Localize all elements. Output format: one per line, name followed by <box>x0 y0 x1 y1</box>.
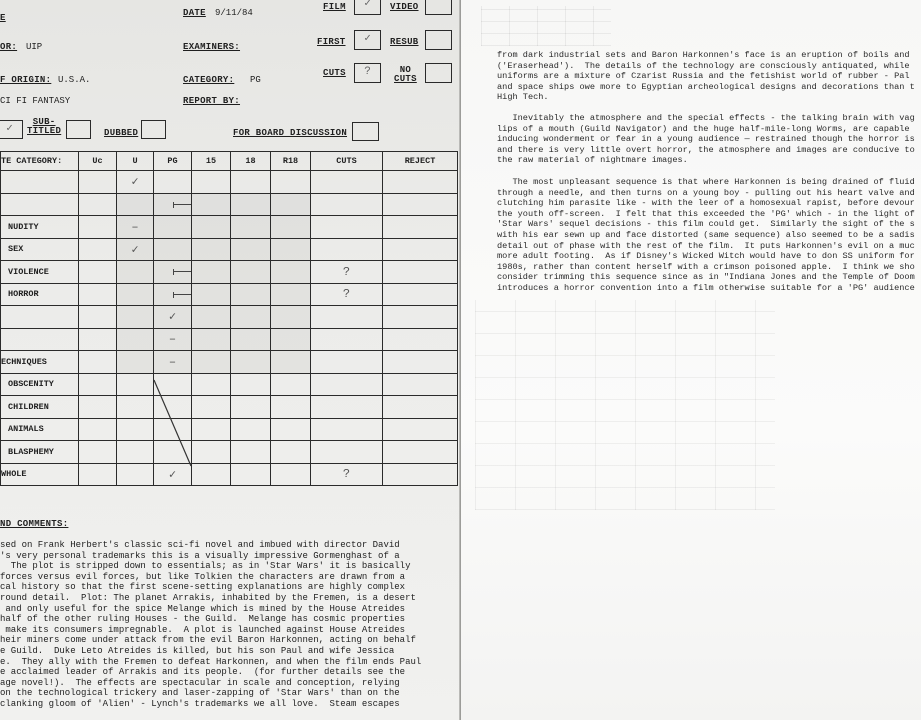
comments-continuation-page: from dark industrial sets and Baron Hark… <box>461 0 921 720</box>
grid-cell[interactable] <box>383 193 458 216</box>
grid-cell[interactable] <box>383 283 458 306</box>
cuts-checkbox[interactable]: ? <box>354 63 381 83</box>
grid-cell[interactable] <box>192 283 231 306</box>
grid-cell[interactable] <box>271 373 311 396</box>
grid-row <box>1 193 458 216</box>
grid-cell[interactable] <box>311 193 383 216</box>
grid-cell[interactable] <box>311 351 383 374</box>
comments-heading: ND COMMENTS: <box>0 519 68 529</box>
grid-cell[interactable] <box>231 306 271 329</box>
grid-cell[interactable] <box>154 261 192 284</box>
grid-cell[interactable]: ✓ <box>154 463 192 486</box>
column-header-u: U <box>117 152 154 171</box>
row-label: NUDITY <box>1 216 79 239</box>
comments-body-left: sed on Frank Herbert's classic sci-fi no… <box>0 540 421 710</box>
grid-cell[interactable] <box>271 463 311 486</box>
no-cuts-label: NO CUTS <box>394 66 417 84</box>
grid-cell[interactable]: – <box>154 328 192 351</box>
video-label: VIDEO <box>390 2 419 12</box>
grid-row: ANIMALS <box>1 418 458 441</box>
column-header-reject: REJECT <box>383 152 458 171</box>
grid-row: OBSCENITY <box>1 373 458 396</box>
dash-mark: – <box>131 220 138 234</box>
subtitled-label: SUB- TITLED <box>27 118 61 136</box>
grid-cell[interactable] <box>231 328 271 351</box>
grid-cell[interactable] <box>311 418 383 441</box>
grid-cell[interactable] <box>383 261 458 284</box>
date-label: DATE <box>183 8 206 18</box>
grid-cell[interactable] <box>311 238 383 261</box>
video-checkbox[interactable] <box>425 0 452 15</box>
category-label: CATEGORY: <box>183 75 234 85</box>
grid-cell[interactable] <box>311 441 383 464</box>
grid-cell[interactable]: ✓ <box>117 171 154 194</box>
grid-cell[interactable] <box>383 216 458 239</box>
subtitled-label-bottom: TITLED <box>27 127 61 136</box>
grid-row: WHOLE✓? <box>1 463 458 486</box>
grid-cell[interactable] <box>192 306 231 329</box>
grid-cell[interactable] <box>271 193 311 216</box>
grid-row: SEX✓ <box>1 238 458 261</box>
grid-cell[interactable]: – <box>154 351 192 374</box>
grid-cell[interactable] <box>192 441 231 464</box>
grid-cell[interactable] <box>231 373 271 396</box>
grid-cell[interactable] <box>271 216 311 239</box>
grid-cell[interactable] <box>231 193 271 216</box>
question-mark: ? <box>343 265 350 279</box>
column-header-15: 15 <box>192 152 231 171</box>
grid-row: ✓ <box>1 306 458 329</box>
grid-cell[interactable] <box>231 238 271 261</box>
column-header-18: 18 <box>231 152 271 171</box>
grid-cell[interactable] <box>192 193 231 216</box>
row-label <box>1 306 79 329</box>
country-origin-value: U.S.A. <box>58 75 90 85</box>
check-mark-icon: ✓ <box>131 175 138 189</box>
grid-cell[interactable] <box>117 396 154 419</box>
grid-cell[interactable] <box>311 328 383 351</box>
grid-row: NUDITY– <box>1 216 458 239</box>
show-through-grid <box>475 300 775 510</box>
comments-paragraph-1: from dark industrial sets and Baron Hark… <box>497 50 915 103</box>
grid-cell[interactable] <box>311 373 383 396</box>
rating-grid: TE CATEGORY:UcUPG1518R18CUTSREJECT ✓NUDI… <box>0 151 458 486</box>
row-label <box>1 171 79 194</box>
grid-cell[interactable] <box>231 283 271 306</box>
grid-cell[interactable] <box>311 306 383 329</box>
grid-cell[interactable] <box>192 171 231 194</box>
grid-cell[interactable] <box>192 238 231 261</box>
examiners-label: EXAMINERS: <box>183 42 240 52</box>
grid-cell[interactable] <box>271 238 311 261</box>
grid-cell[interactable] <box>231 261 271 284</box>
grid-cell[interactable] <box>271 261 311 284</box>
grid-cell[interactable] <box>383 351 458 374</box>
column-header-r18: R18 <box>271 152 311 171</box>
first-label: FIRST <box>317 37 346 47</box>
grid-row: BLASPHEMY <box>1 441 458 464</box>
first-checkbox[interactable]: ✓ <box>354 30 381 50</box>
grid-cell[interactable] <box>271 171 311 194</box>
grid-row: ECHNIQUES– <box>1 351 458 374</box>
grid-cell[interactable] <box>192 351 231 374</box>
grid-cell[interactable] <box>271 418 311 441</box>
row-label <box>1 328 79 351</box>
grid-cell[interactable] <box>154 396 192 419</box>
grid-cell[interactable] <box>383 373 458 396</box>
grid-cell[interactable] <box>117 441 154 464</box>
row-label: ECHNIQUES <box>1 351 79 374</box>
grid-row: VIOLENCE? <box>1 261 458 284</box>
rating-table: TE CATEGORY:UcUPG1518R18CUTSREJECT ✓NUDI… <box>0 151 458 486</box>
range-mark <box>173 294 192 295</box>
resub-checkbox[interactable] <box>425 30 452 50</box>
question-mark: ? <box>343 287 350 301</box>
grid-cell[interactable] <box>383 238 458 261</box>
grid-cell[interactable] <box>383 418 458 441</box>
grid-cell[interactable]: – <box>117 216 154 239</box>
grid-cell[interactable]: ? <box>311 283 383 306</box>
film-checkbox[interactable]: ✓ <box>354 0 381 15</box>
grid-cell[interactable] <box>271 283 311 306</box>
language-checkbox[interactable]: ✓ <box>0 120 23 139</box>
grid-cell[interactable] <box>79 238 117 261</box>
grid-cell[interactable] <box>154 283 192 306</box>
board-discussion-checkbox[interactable] <box>352 122 379 141</box>
grid-cell[interactable] <box>79 283 117 306</box>
row-label: VIOLENCE <box>1 261 79 284</box>
grid-cell[interactable] <box>79 441 117 464</box>
grid-cell[interactable] <box>79 261 117 284</box>
grid-cell[interactable] <box>79 418 117 441</box>
grid-row: – <box>1 328 458 351</box>
grid-cell[interactable] <box>79 306 117 329</box>
row-label: OBSCENITY <box>1 373 79 396</box>
grid-cell[interactable] <box>383 328 458 351</box>
grid-cell[interactable] <box>117 261 154 284</box>
grid-cell[interactable]: ? <box>311 463 383 486</box>
grid-cell[interactable] <box>79 328 117 351</box>
grid-cell[interactable] <box>271 396 311 419</box>
column-header-uc: Uc <box>79 152 117 171</box>
grid-cell[interactable] <box>192 261 231 284</box>
grid-cell[interactable] <box>154 441 192 464</box>
grid-cell[interactable] <box>79 193 117 216</box>
row-label: HORROR <box>1 283 79 306</box>
grid-cell[interactable] <box>231 463 271 486</box>
grid-cell[interactable]: ✓ <box>117 238 154 261</box>
grid-cell[interactable]: ? <box>311 261 383 284</box>
grid-cell[interactable] <box>231 171 271 194</box>
column-header-category: TE CATEGORY: <box>1 152 79 171</box>
grid-cell[interactable] <box>383 463 458 486</box>
grid-cell[interactable] <box>154 216 192 239</box>
dash-mark: – <box>169 355 176 369</box>
grid-cell[interactable] <box>117 351 154 374</box>
subtitled-checkbox[interactable] <box>66 120 91 139</box>
grid-cell[interactable] <box>192 396 231 419</box>
grid-cell[interactable] <box>79 171 117 194</box>
grid-cell[interactable] <box>231 216 271 239</box>
check-mark-icon: ✓ <box>169 310 176 324</box>
question-mark: ? <box>343 467 350 481</box>
grid-cell[interactable]: ✓ <box>154 306 192 329</box>
grid-header-row: TE CATEGORY:UcUPG1518R18CUTSREJECT <box>1 152 458 171</box>
grid-cell[interactable] <box>231 396 271 419</box>
grid-cell[interactable] <box>79 216 117 239</box>
grid-cell[interactable] <box>311 171 383 194</box>
grid-cell[interactable] <box>271 328 311 351</box>
dash-mark: – <box>169 332 176 346</box>
row-label: SEX <box>1 238 79 261</box>
grid-cell[interactable] <box>117 418 154 441</box>
date-value: 9/11/84 <box>215 8 253 18</box>
board-discussion-label: FOR BOARD DISCUSSION <box>233 128 347 138</box>
column-header-pg: PG <box>154 152 192 171</box>
grid-cell[interactable] <box>383 306 458 329</box>
row-label <box>1 193 79 216</box>
grid-cell[interactable] <box>383 441 458 464</box>
grid-cell[interactable] <box>271 306 311 329</box>
no-cuts-label-bottom: CUTS <box>394 75 417 84</box>
no-cuts-checkbox[interactable] <box>425 63 452 83</box>
report-by-label: REPORT BY: <box>183 96 240 106</box>
grid-cell[interactable] <box>192 418 231 441</box>
grid-cell[interactable] <box>192 328 231 351</box>
cuts-label: CUTS <box>323 68 346 78</box>
grid-cell[interactable] <box>271 351 311 374</box>
grid-cell[interactable] <box>117 373 154 396</box>
grid-cell[interactable] <box>231 441 271 464</box>
title-label-fragment: E <box>0 13 6 23</box>
grid-cell[interactable] <box>192 463 231 486</box>
range-mark <box>173 271 192 272</box>
grid-cell[interactable] <box>311 396 383 419</box>
check-mark-icon: ✓ <box>131 243 138 257</box>
column-header-cuts: CUTS <box>311 152 383 171</box>
grid-cell[interactable] <box>383 396 458 419</box>
genre-value: CI FI FANTASY <box>0 96 70 106</box>
grid-cell[interactable] <box>192 373 231 396</box>
grid-cell[interactable] <box>154 418 192 441</box>
grid-cell[interactable] <box>79 373 117 396</box>
dubbed-checkbox[interactable] <box>141 120 166 139</box>
row-label: CHILDREN <box>1 396 79 419</box>
grid-cell[interactable] <box>117 306 154 329</box>
grid-cell[interactable] <box>231 351 271 374</box>
check-mark-icon: ✓ <box>169 468 176 482</box>
grid-cell[interactable] <box>383 171 458 194</box>
grid-cell[interactable] <box>154 171 192 194</box>
grid-cell[interactable] <box>231 418 271 441</box>
grid-cell[interactable] <box>79 351 117 374</box>
grid-cell[interactable] <box>79 396 117 419</box>
range-mark <box>173 204 192 205</box>
grid-cell[interactable] <box>192 216 231 239</box>
country-origin-label: F ORIGIN: <box>0 75 51 85</box>
grid-cell[interactable] <box>117 283 154 306</box>
grid-cell[interactable] <box>117 193 154 216</box>
film-label: FILM <box>323 2 346 12</box>
comments-paragraph-3: The most unpleasant sequence is that whe… <box>497 177 915 294</box>
grid-cell[interactable] <box>271 441 311 464</box>
grid-row: HORROR? <box>1 283 458 306</box>
row-label: WHOLE <box>1 463 79 486</box>
grid-cell[interactable] <box>117 328 154 351</box>
grid-cell[interactable] <box>154 193 192 216</box>
grid-row: ✓ <box>1 171 458 194</box>
distributor-value: UIP <box>26 42 42 52</box>
grid-row: CHILDREN <box>1 396 458 419</box>
row-label: BLASPHEMY <box>1 441 79 464</box>
row-label: ANIMALS <box>1 418 79 441</box>
distributor-label: OR: <box>0 42 17 52</box>
resub-label: RESUB <box>390 37 419 47</box>
category-value: PG <box>250 75 261 85</box>
comments-paragraph-2: Inevitably the atmosphere and the specia… <box>497 113 915 166</box>
grid-cell[interactable] <box>154 373 192 396</box>
grid-cell[interactable] <box>79 463 117 486</box>
show-through-form <box>481 6 611 46</box>
grid-cell[interactable] <box>117 463 154 486</box>
report-form-page: E DATE 9/11/84 OR: UIP EXAMINERS: F ORIG… <box>0 0 461 720</box>
dubbed-label: DUBBED <box>104 128 138 138</box>
grid-cell[interactable] <box>311 216 383 239</box>
grid-cell[interactable] <box>154 238 192 261</box>
